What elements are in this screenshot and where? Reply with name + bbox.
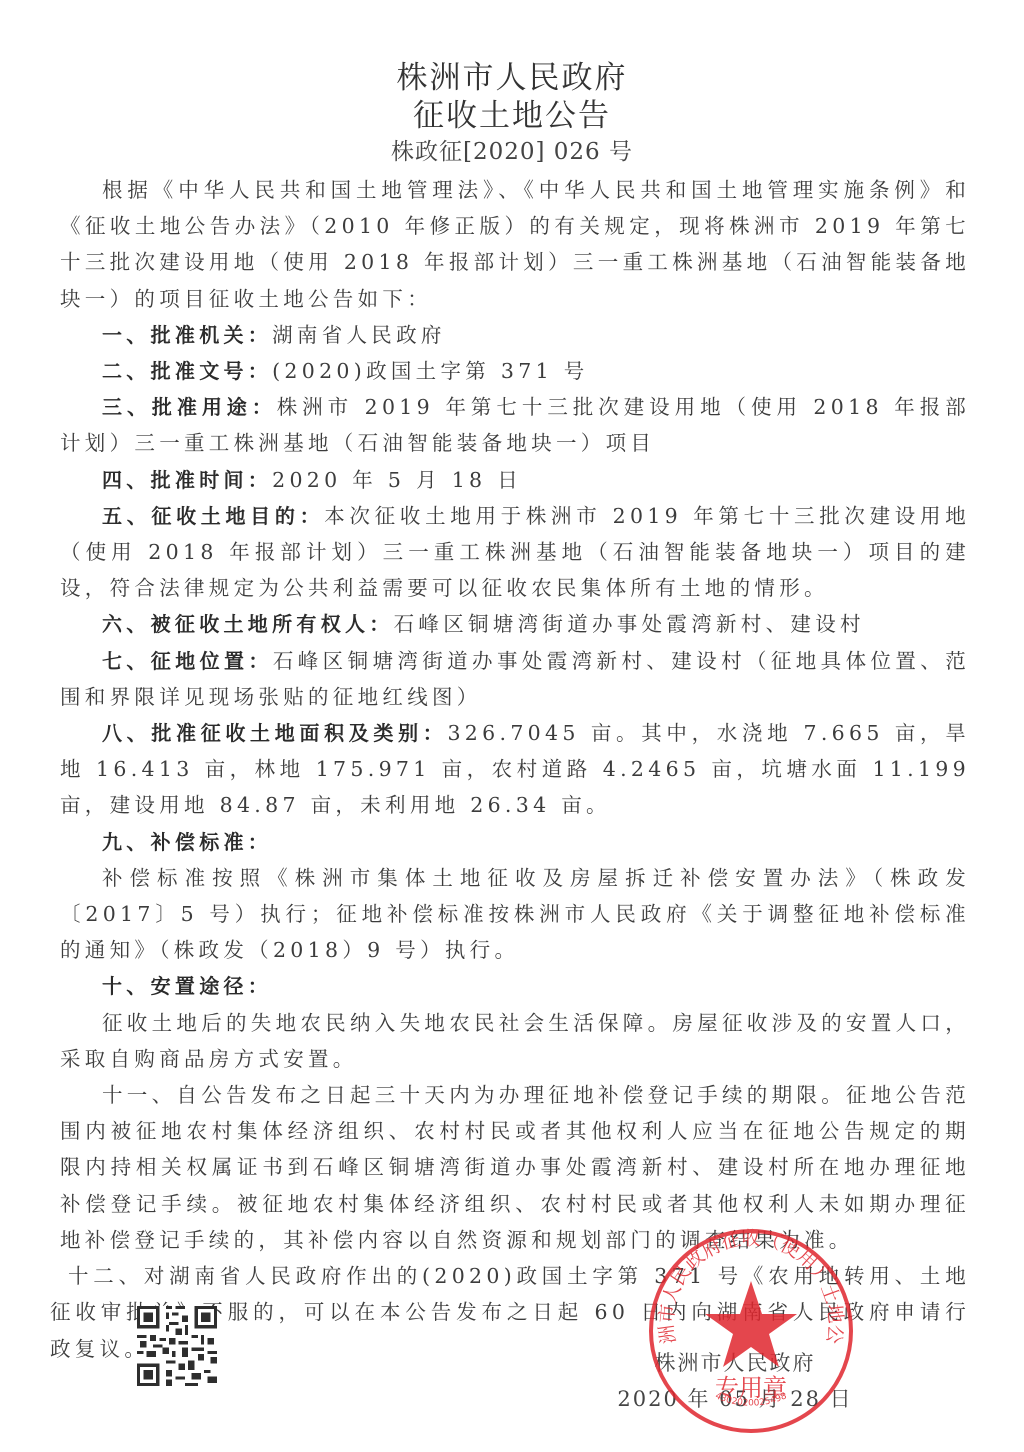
document-number: 株政征[2020] 026 号 [0,133,1024,166]
official-seal-icon: 株洲市人民政府征收（使用）土地公告 专用章 4302020025498 [646,1226,856,1436]
item-label: 八、批准征收土地面积及类别： [102,721,447,745]
item-area-category: 八、批准征收土地面积及类别：326.7045 亩。其中，水浇地 7.665 亩，… [60,715,970,824]
notice-page: 株洲市人民政府 征收土地公告 株政征[2020] 026 号 根据《中华人民共和… [0,0,1024,1452]
item-land-owner: 六、被征收土地所有权人：石峰区铜塘湾街道办事处霞湾新村、建设村 [60,606,970,642]
item-label: 一、批准机关： [102,323,272,347]
item-label: 十、安置途径： [102,974,272,998]
item-label: 四、批准时间： [102,468,272,492]
title-notice: 征收土地公告 [0,90,1024,135]
item-label: 五、征收土地目的： [102,504,324,528]
item-label: 九、补偿标准： [102,830,272,854]
item-text: 湖南省人民政府 [272,323,446,347]
item-label: 三、批准用途： [102,395,277,419]
intro-paragraph: 根据《中华人民共和国土地管理法》、《中华人民共和国土地管理实施条例》和《征收土地… [60,172,970,317]
item-location: 七、征地位置：石峰区铜塘湾街道办事处霞湾新村、建设村（征地具体位置、范围和界限详… [60,643,970,715]
item-resettlement-text: 征收土地后的失地农民纳入失地农民社会生活保障。房屋征收涉及的安置人口，采取自购商… [60,1005,970,1077]
item-approval-purpose: 三、批准用途：株洲市 2019 年第七十三批次建设用地（使用 2018 年报部计… [60,389,970,461]
item-text: 2020 年 5 月 18 日 [272,468,522,492]
item-compensation-heading: 九、补偿标准： [60,824,970,860]
item-resettlement-heading: 十、安置途径： [60,968,970,1004]
item-label: 六、被征收土地所有权人： [102,612,394,636]
item-compensation-text: 补偿标准按照《株洲市集体土地征收及房屋拆迁补偿安置办法》（株政发〔2017〕5 … [60,860,970,969]
item-text: 石峰区铜塘湾街道办事处霞湾新村、建设村 [394,612,865,636]
item-approval-date: 四、批准时间：2020 年 5 月 18 日 [60,462,970,498]
item-expropriation-purpose: 五、征收土地目的：本次征收土地用于株洲市 2019 年第七十三批次建设用地（使用… [60,498,970,607]
notice-body: 根据《中华人民共和国土地管理法》、《中华人民共和国土地管理实施条例》和《征收土地… [60,172,970,1367]
item-label: 七、征地位置： [102,649,273,673]
item-text: (2020)政国土字第 371 号 [272,359,588,383]
item-label: 二、批准文号： [102,359,272,383]
item-approval-number: 二、批准文号：(2020)政国土字第 371 号 [60,353,970,389]
item-approval-authority: 一、批准机关：湖南省人民政府 [60,317,970,353]
qr-code-icon [137,1306,217,1386]
